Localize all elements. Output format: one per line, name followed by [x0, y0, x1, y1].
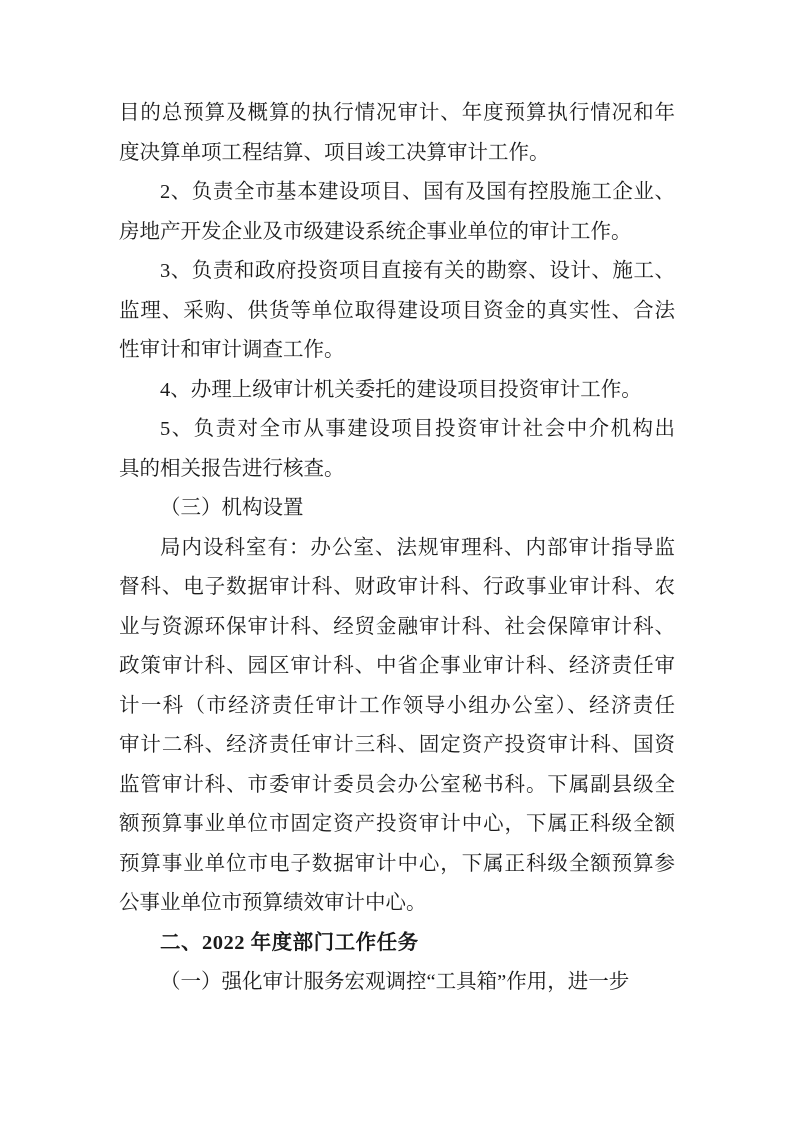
text-line: 2、负责全市基本建设项目、国有及国有控股施工企业、: [119, 173, 675, 213]
paragraph-section-2-heading-2022-tasks: 二、2022 年度部门工作任务: [119, 924, 675, 964]
text-line: 额预算事业单位市固定资产投资审计中心，下属正科级全额: [119, 805, 675, 845]
text-line: 度决算单项工程结算、项目竣工决算审计工作。: [119, 134, 675, 174]
text-line: 性审计和审计调查工作。: [119, 331, 675, 371]
text-line: 监理、采购、供货等单位取得建设项目资金的真实性、合法: [119, 292, 675, 332]
paragraph-task-item-1: （一）强化审计服务宏观调控“工具箱”作用，进一步: [119, 963, 675, 1003]
text-line: 审计二科、经济责任审计三科、固定资产投资审计科、国资: [119, 726, 675, 766]
document-page: 目的总预算及概算的执行情况审计、年度预算执行情况和年度决算单项工程结算、项目竣工…: [0, 0, 793, 1122]
paragraph-duty-item-5: 5、负责对全市从事建设项目投资审计社会中介机构出具的相关报告进行核查。: [119, 410, 675, 489]
text-line: 5、负责对全市从事建设项目投资审计社会中介机构出: [119, 410, 675, 450]
text-line: 房地产开发企业及市级建设系统企事业单位的审计工作。: [119, 213, 675, 253]
text-line: 目的总预算及概算的执行情况审计、年度预算执行情况和年: [119, 94, 675, 134]
text-line: （一）强化审计服务宏观调控“工具箱”作用，进一步: [119, 963, 675, 1003]
document-body: 目的总预算及概算的执行情况审计、年度预算执行情况和年度决算单项工程结算、项目竣工…: [119, 94, 675, 1003]
paragraph-organization-setup: 局内设科室有：办公室、法规审理科、内部审计指导监督科、电子数据审计科、财政审计科…: [119, 529, 675, 924]
text-line: 3、负责和政府投资项目直接有关的勘察、设计、施工、: [119, 252, 675, 292]
text-line: 公事业单位市预算绩效审计中心。: [119, 884, 675, 924]
text-line: 预算事业单位市电子数据审计中心，下属正科级全额预算参: [119, 845, 675, 885]
paragraph-duty-item-3: 3、负责和政府投资项目直接有关的勘察、设计、施工、监理、采购、供货等单位取得建设…: [119, 252, 675, 371]
text-line: 二、2022 年度部门工作任务: [119, 924, 675, 964]
paragraph-duty-item-4: 4、办理上级审计机关委托的建设项目投资审计工作。: [119, 371, 675, 411]
text-line: 政策审计科、园区审计科、中省企事业审计科、经济责任审: [119, 647, 675, 687]
text-line: 具的相关报告进行核查。: [119, 450, 675, 490]
paragraph-duty-item-2: 2、负责全市基本建设项目、国有及国有控股施工企业、房地产开发企业及市级建设系统企…: [119, 173, 675, 252]
paragraph-section-3-heading: （三）机构设置: [119, 489, 675, 529]
text-line: 计一科（市经济责任审计工作领导小组办公室）、经济责任: [119, 687, 675, 727]
text-line: 业与资源环保审计科、经贸金融审计科、社会保障审计科、: [119, 608, 675, 648]
text-line: 4、办理上级审计机关委托的建设项目投资审计工作。: [119, 371, 675, 411]
paragraph-continuation-budget-audit: 目的总预算及概算的执行情况审计、年度预算执行情况和年度决算单项工程结算、项目竣工…: [119, 94, 675, 173]
text-line: 督科、电子数据审计科、财政审计科、行政事业审计科、农: [119, 568, 675, 608]
text-line: 监管审计科、市委审计委员会办公室秘书科。下属副县级全: [119, 766, 675, 806]
text-line: （三）机构设置: [119, 489, 675, 529]
text-line: 局内设科室有：办公室、法规审理科、内部审计指导监: [119, 529, 675, 569]
